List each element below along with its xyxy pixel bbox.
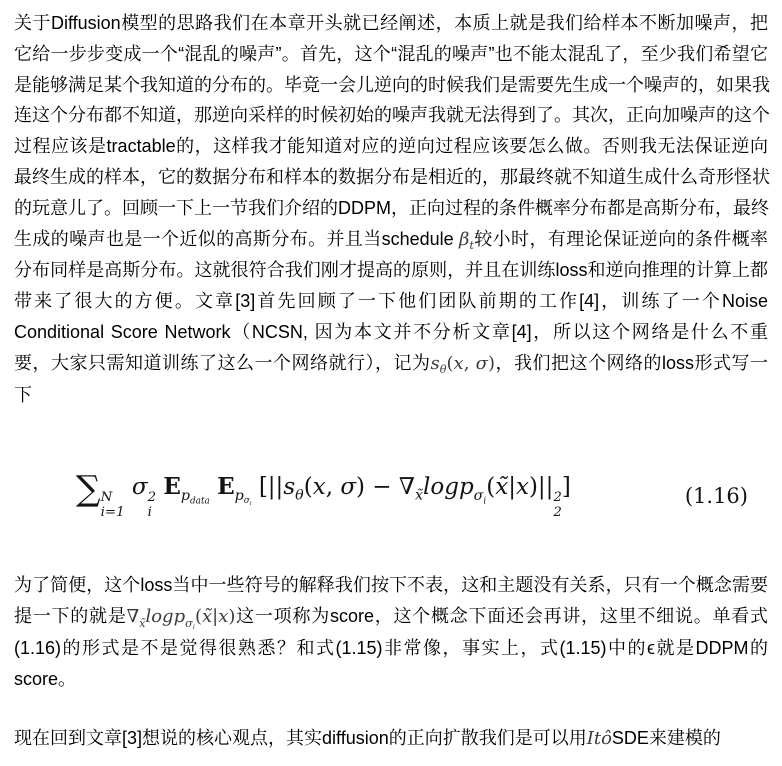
text-run: 要，大家只需知道训练了这么一个网络就行），记为: [14, 353, 431, 373]
math-run: p: [181, 488, 190, 504]
stack-bottom: i: [148, 506, 152, 521]
text-run: score。: [14, 669, 76, 689]
stack-top: N: [101, 491, 113, 506]
math-run: s: [431, 353, 440, 374]
text-run: 过程应该是tractable的，这样我才能知道对应的逆向过程应该要怎么做。否则我…: [14, 136, 768, 156]
math-run: i: [250, 501, 252, 507]
equation-row: ∑Ni=1 σ2i Epdata Epσi [||sθ(x, σ) − ∇x̃l…: [14, 460, 768, 532]
math-run: (: [195, 606, 202, 627]
text-run: 是能够满足某个我知道的分布的。毕竟一会儿逆向的时候我们是需要先生成一个噪声的，如…: [14, 75, 770, 95]
math-run: x: [516, 474, 529, 500]
math-run: ]: [562, 474, 571, 500]
text-line: 下: [14, 380, 768, 411]
text-run: 为了简便，这个loss当中一些符号的解释我们按下不表，这和主题没有关系，只有一个…: [14, 575, 768, 595]
text-run: 这一项称为score，这个概念下面还会再讲，这里不细说。单看式: [235, 606, 768, 626]
text-run: 关于Diffusion模型的思路我们在本章开头就已经阐述，本质上就是我们给样本不…: [14, 13, 768, 33]
subscript: pσi: [235, 488, 252, 504]
sup-sub-stack: 2i: [148, 491, 156, 520]
math-run: [||: [252, 474, 284, 500]
text-line: 分布同样是高斯分布。这就很符合我们刚才提高的原则，并且在训练loss和逆向推理的…: [14, 255, 768, 286]
blackboard-e: E: [163, 473, 181, 500]
math-run: θ: [440, 363, 447, 376]
math-run: x̃: [202, 606, 212, 627]
math-run: σ: [132, 474, 148, 500]
text-line: 过程应该是tractable的，这样我才能知道对应的逆向过程应该要怎么做。否则我…: [14, 131, 768, 162]
text-line: 提一下的就是∇x̃logpσi(x̃|x)这一项称为score，这个概念下面还会…: [14, 601, 768, 633]
document: 关于Diffusion模型的思路我们在本章开头就已经阐述，本质上就是我们给样本不…: [0, 0, 782, 754]
text-line: (1.16)的形式是不是觉得很熟悉？和式(1.15)非常像，事实上，式(1.15…: [14, 633, 768, 664]
text-run: 的玩意儿了。回顾一下上一节我们介绍的DDPM，正向过程的条件概率分布都是高斯分布…: [14, 198, 769, 218]
text-line: 它给一步步变成一个“混乱的噪声”。首先，这个“混乱的噪声”也不能太混乱了，至少我…: [14, 39, 768, 70]
math-run: x: [454, 353, 464, 374]
math-run: x̃: [415, 488, 423, 504]
sum-operator: ∑: [76, 469, 101, 509]
subscript: σi: [185, 618, 195, 630]
math-run: data: [190, 496, 210, 506]
text-run: (1.16)的形式是不是觉得很熟悉？和式(1.15)非常像，事实上，式(1.15…: [14, 638, 768, 658]
text-line: Conditional Score Network（NCSN, 因为本文并不分析…: [14, 317, 768, 348]
math-run: ∇: [399, 474, 415, 500]
math-run: ,: [326, 474, 341, 500]
text-line: 的玩意儿了。回顾一下上一节我们介绍的DDPM，正向过程的条件概率分布都是高斯分布…: [14, 193, 768, 224]
math-run: |: [508, 474, 516, 500]
math-run: [125, 474, 132, 500]
math-run: −: [365, 474, 399, 500]
blackboard-e: E: [217, 473, 235, 500]
text-run: 分布同样是高斯分布。这就很符合我们刚才提高的原则，并且在训练loss和逆向推理的…: [14, 260, 768, 280]
text-run: SDE来建模的: [612, 728, 721, 748]
math-run: (: [486, 474, 495, 500]
math-run: x: [313, 474, 326, 500]
math-run: s: [283, 474, 295, 500]
math-run: β: [459, 229, 469, 250]
subscript: θ: [440, 364, 447, 376]
math-run: σ: [474, 488, 484, 504]
text-run: 连这个分布都不知道，那逆向采样的时候初始的噪声我就无法得到了。其次，正向加噪声的…: [14, 105, 770, 125]
text-line: 带来了很大的方便。文章[3]首先回顾了一下他们团队前期的工作[4]，训练了一个N…: [14, 286, 768, 317]
math-run: ,: [464, 353, 476, 374]
math-run: x: [218, 606, 228, 627]
subscript: pdata: [181, 488, 210, 504]
text-run: 较小时，有理论保证逆向的条件概率: [474, 229, 768, 249]
text-line: 要，大家只需知道训练了这么一个网络就行），记为sθ(x, σ)，我们把这个网络的…: [14, 348, 768, 380]
text-line: 最终生成的样本，它的数据分布和样本的数据分布是相近的，那最终就不知道生成什么奇形…: [14, 162, 768, 193]
text-line: score。: [14, 664, 768, 695]
math-run: logp: [423, 474, 474, 500]
stack-top: 2: [148, 491, 156, 506]
text-run: 带来了很大的方便。文章[3]首先回顾了一下他们团队前期的工作[4]，训练了一个N…: [14, 291, 768, 311]
text-run: 生成的噪声也是一个近似的高斯分布。并且当schedule: [14, 229, 459, 249]
math-run: θ: [295, 488, 304, 504]
text-line: 关于Diffusion模型的思路我们在本章开头就已经阐述，本质上就是我们给样本不…: [14, 8, 768, 39]
text-run: 现在回到文章[3]想说的核心观点，其实diffusion的正向扩散我们是可以用: [14, 728, 587, 748]
math-run: logp: [145, 606, 185, 627]
math-run: σ: [340, 474, 356, 500]
paragraph-2: 为了简便，这个loss当中一些符号的解释我们按下不表，这和主题没有关系，只有一个…: [14, 570, 768, 694]
text-run: 提一下的就是: [14, 606, 127, 626]
text-run: 下: [14, 385, 32, 405]
text-line: 为了简便，这个loss当中一些符号的解释我们按下不表，这和主题没有关系，只有一个…: [14, 570, 768, 601]
subscript: i: [250, 501, 252, 507]
sup-sub-stack: 22: [553, 491, 561, 520]
math-run: σ: [476, 353, 488, 374]
stack-top: 2: [553, 491, 561, 506]
text-line: 生成的噪声也是一个近似的高斯分布。并且当schedule βt较小时，有理论保证…: [14, 224, 768, 256]
math-run: σ: [185, 617, 193, 630]
text-run: 最终生成的样本，它的数据分布和样本的数据分布是相近的，那最终就不知道生成什么奇形…: [14, 167, 770, 187]
paragraph-1: 关于Diffusion模型的思路我们在本章开头就已经阐述，本质上就是我们给样本不…: [14, 8, 768, 410]
subscript: θ: [295, 488, 304, 504]
math-run: ): [356, 474, 365, 500]
stack-bottom: 2: [553, 506, 561, 521]
stack-bottom: i=1: [101, 506, 125, 521]
text-line: 连这个分布都不知道，那逆向采样的时候初始的噪声我就无法得到了。其次，正向加噪声的…: [14, 100, 768, 131]
math-run: (: [447, 353, 454, 374]
text-run: ，我们把这个网络的loss形式写一: [495, 353, 768, 373]
math-run: )||: [529, 474, 553, 500]
subscript: data: [190, 496, 210, 506]
text-line: 现在回到文章[3]想说的核心观点，其实diffusion的正向扩散我们是可以用I…: [14, 723, 768, 755]
paragraph-3: 现在回到文章[3]想说的核心观点，其实diffusion的正向扩散我们是可以用I…: [14, 723, 768, 755]
text-run: 它给一步步变成一个“混乱的噪声”。首先，这个“混乱的噪声”也不能太混乱了，至少我…: [14, 44, 768, 64]
math-run: Itô: [587, 728, 612, 749]
text-line: 是能够满足某个我知道的分布的。毕竟一会儿逆向的时候我们是需要先生成一个噪声的，如…: [14, 70, 768, 101]
math-run: (: [304, 474, 313, 500]
math-run: p: [235, 488, 244, 504]
math-run: ∇: [127, 606, 140, 627]
equation-number: (1.16): [685, 484, 748, 508]
subscript: σi: [244, 496, 252, 506]
equation-formula: ∑Ni=1 σ2i Epdata Epσi [||sθ(x, σ) − ∇x̃l…: [76, 472, 571, 520]
math-run: x̃: [495, 474, 508, 500]
sup-sub-stack: Ni=1: [101, 491, 125, 520]
text-run: Conditional Score Network（NCSN, 因为本文并不分析…: [14, 322, 768, 342]
subscript: x̃: [415, 488, 423, 504]
subscript: σi: [474, 488, 487, 504]
math-run: [210, 474, 217, 500]
math-run: ): [488, 353, 495, 374]
